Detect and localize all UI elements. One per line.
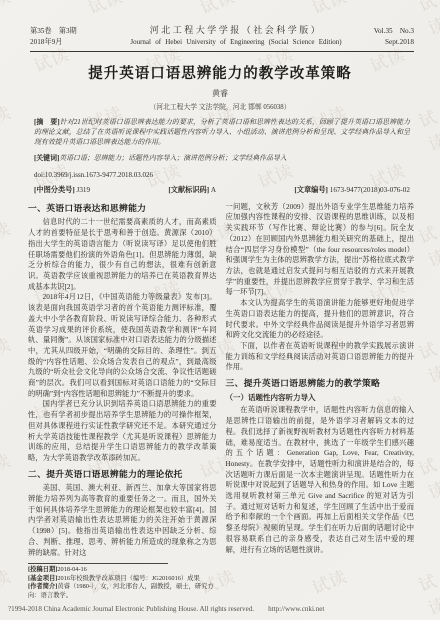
doc-code-value: A [211,186,216,194]
abstract-text: 针对21世纪时英语口语思辨表达能力的要求，分析了英语口语和思辨性表达的关系，回顾… [34,119,410,146]
abstract-paragraph: [摘 要]针对21世纪时英语口语思辨表达能力的要求，分析了英语口语和思辨性表达的… [34,118,410,147]
article-body: 一、英语口语表达和思辨能力 信息时代的二十一世纪需要高素质的人才，而高素质人才的… [28,202,414,601]
classification-meta-line: [中图分类号] J319 [文献标识码] A [文章编号] 1673-9477(… [34,185,410,195]
footnotes-block: [投稿日期]2018-04-16 [基金项目]2016年校级教学改革项目（编号：… [28,566,217,600]
fund-label: [基金项目] [28,575,57,582]
section-heading-2: 二、提升英语口语思辨能力的理论依托 [28,469,217,480]
bio-label: [作者简介] [28,583,57,590]
body-paragraph: 在英语听说课程教学中，话题性内容听力信息的输入是思辨性口语输出的前提，是外语学习… [226,405,415,555]
article-title: 提升英语口语思辨能力的教学改革策略 [20,62,420,83]
issue-date-cn: 2018年9月 [30,37,122,48]
issue-date-en: Sept.2018 [350,37,414,48]
fund-text: 2016年校级教学改革项目（编号：JG2016016）成果 [57,575,199,582]
article-id-value: 1673-9477(2018)03-076-02 [330,186,410,194]
footnote-received: [投稿日期]2018-04-16 [28,566,217,575]
volume-issue-en: Vol.35 No.3 [350,26,414,37]
clc-item: [中图分类号] J319 [34,185,90,195]
journal-page-scan: 试读试读试读试读试读试读试读试读试读试读试读试读试读试读试读试读试读试读试读试读… [0,0,440,620]
author-affiliation: （河北工程大学 文法学院，河北 邯郸 056038） [0,101,440,111]
clc-number: J319 [77,186,91,194]
keywords-line: [关键词]英语口语；思辨能力；话题性内容导入；演讲范例分析；文学经典作品导入 [34,154,410,164]
abstract-label: [摘 要] [34,119,60,126]
copyright-text: ?1994-2018 China Academic Journal Electr… [8,605,254,613]
keywords-text: 英语口语；思辨能力；话题性内容导入；演讲范例分析；文学经典作品导入 [59,155,286,162]
cnki-url: http://www.cnki.net [268,605,324,613]
doc-code-label: [文献标识码] [168,186,211,194]
body-paragraph: 下面，以作者在英语听说课程中的教学实践展示演讲能力训练和文学经典阅读活动对英语口… [226,341,415,373]
body-paragraph: 信息时代的二十一世纪需要高素质的人才，而高素质人才的首要特征是长于思考和善于创造… [28,217,217,292]
received-date: 2018-04-16 [57,566,86,573]
body-paragraph: 2018年4月12日，《中国英语能力等级量表》发布[3]。该表是面向我国英语学习… [28,292,217,399]
journal-header-row-2: 2018年9月 Journal of Hebei University of E… [30,37,414,48]
footnote-divider [28,563,168,564]
journal-header-row-1: 第35卷 第3期 河北工程大学学报（社会科学版） Vol.35 No.3 [30,25,414,37]
page-content: 第35卷 第3期 河北工程大学学报（社会科学版） Vol.35 No.3 201… [0,0,440,620]
article-id-label: [文章编号] [294,186,329,194]
keywords-label: [关键词] [34,155,59,162]
body-paragraph: 本文认为提高学生的英语演讲能力能够更好地促进学生英语口语表达能力的提高，提升他们… [226,298,415,341]
body-paragraph: 国内学者已充分认识到培养英语口语思辨能力的重要性，也有学者初步提出培养学生思辨能… [28,399,217,463]
article-author: 黄睿 [0,88,440,99]
section-heading-3: 三、提升英语口语思辨能力的教学策略 [226,378,415,389]
article-id-item: [文章编号] 1673-9477(2018)03-076-02 [294,185,410,195]
footnote-bio: [作者简介]黄睿（1980-），女，河北邢台人，副教授，硕士，研究方向：语言教学… [28,583,217,600]
received-label: [投稿日期] [28,566,57,573]
body-paragraph: 美国、英国、澳大利亚、新西兰、加拿大等国家将思辨能力培养列为高等教育的重要任务之… [28,483,217,558]
right-column: 一问题，文秋芳（2009）提出外语专业学生思维能力培养应加强内容性课程的安排、汉… [226,202,415,601]
journal-name-en: Journal of Hebei University of Engineeri… [122,37,350,48]
journal-name-cn: 河北工程大学学报（社会科学版） [122,25,350,36]
section-heading-1: 一、英语口语表达和思辨能力 [28,203,217,214]
doi-line: doi:10.3969/j.issn.1673-9477.2018.03.026 [34,171,410,181]
subsection-heading-1: （一）话题性内容听力导入 [226,393,415,404]
body-paragraph: 一问题，文秋芳（2009）提出外语专业学生思维能力培养应加强内容性课程的安排、汉… [226,202,415,298]
cnki-copyright-footer: ?1994-2018 China Academic Journal Electr… [8,605,432,613]
doc-code-item: [文献标识码] A [168,185,216,195]
clc-label: [中图分类号] [34,186,77,194]
journal-header: 第35卷 第3期 河北工程大学学报（社会科学版） Vol.35 No.3 201… [30,25,414,52]
abstract-block: [摘 要]针对21世纪时英语口语思辨表达能力的要求，分析了英语口语和思辨性表达的… [34,118,410,181]
volume-issue-cn: 第35卷 第3期 [30,26,122,37]
left-column: 一、英语口语表达和思辨能力 信息时代的二十一世纪需要高素质的人才，而高素质人才的… [28,202,217,601]
